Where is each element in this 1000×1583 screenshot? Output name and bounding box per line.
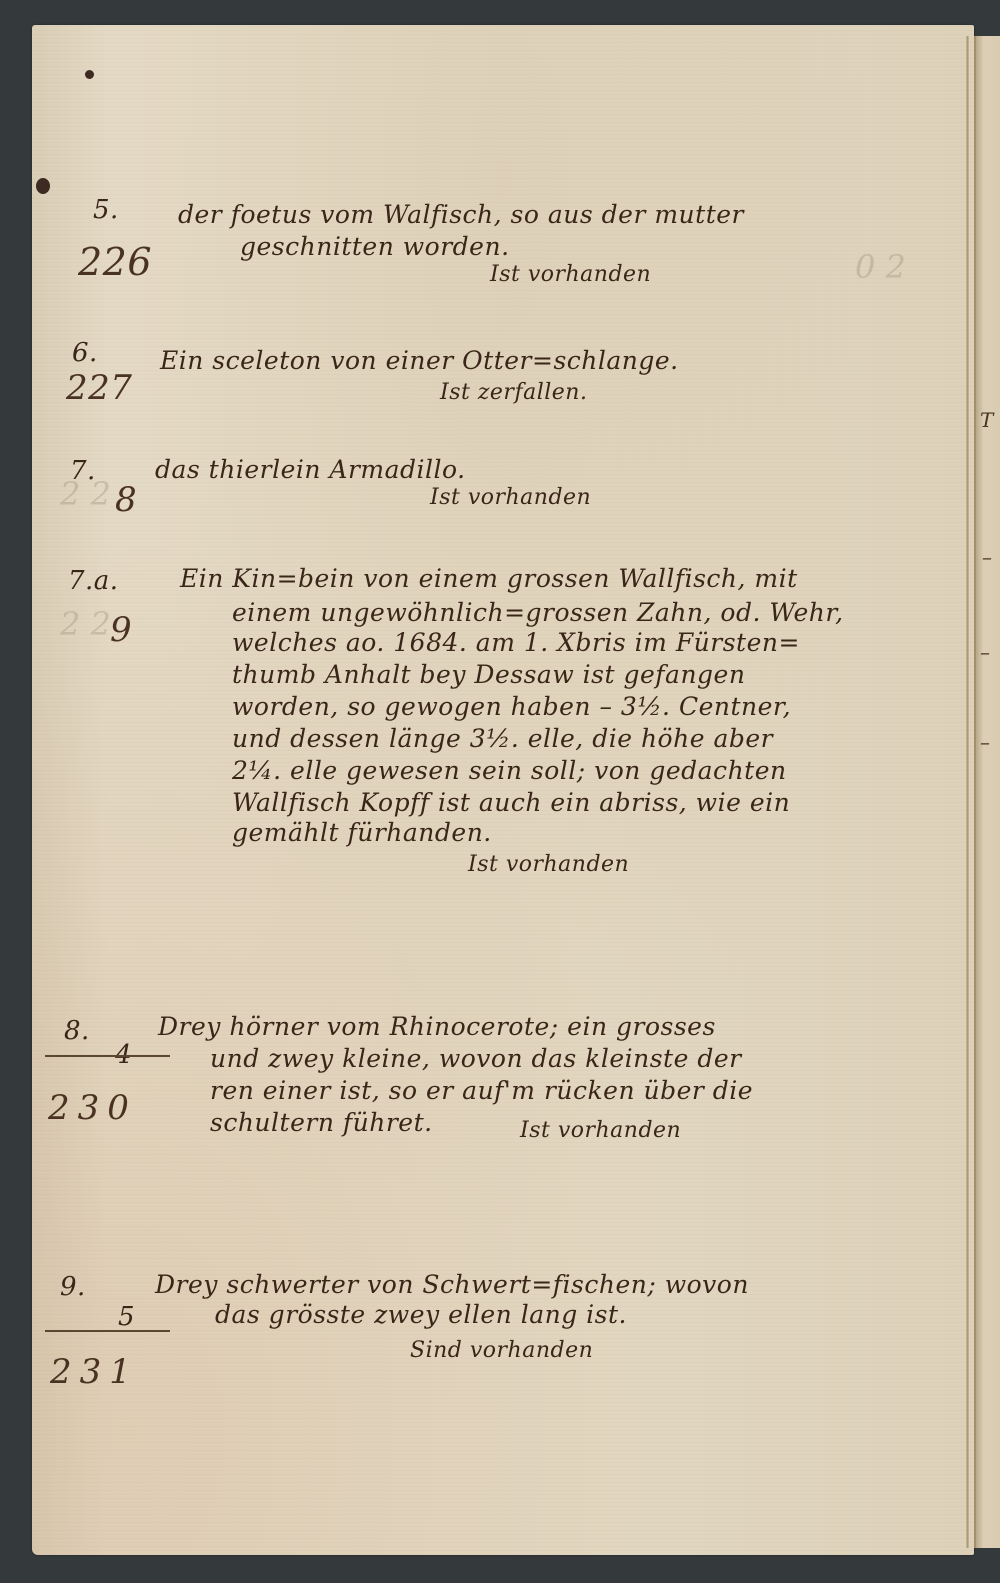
entry-line: das thierlein Armadillo. [155,455,466,484]
item-number: 8. [64,1016,90,1046]
status-note: Sind vorhanden [410,1338,593,1363]
adjacent-page-mark: T [980,408,993,432]
entry-line: der foetus vom Walfisch, so aus der mutt… [178,200,744,229]
struck-margin-number: 5 [118,1302,135,1332]
entry-line: Ein Kin=bein von einem grossen Wallfisch… [180,564,798,593]
strike-line [45,1055,170,1057]
entry-line: Ein sceleton von einer Otter=schlange. [160,346,679,375]
item-number: 5. [93,195,119,225]
margin-number: 9 [110,610,132,650]
status-note: Ist zerfallen. [440,380,587,405]
entry-line: 2¼. elle gewesen sein soll; von gedachte… [232,756,787,785]
margin-number: 231 [50,1352,139,1392]
margin-number: 226 [78,240,152,284]
item-number: 9. [60,1272,86,1302]
bleed-through-text: 2 2 [60,605,111,643]
entry-line: schultern führet. [210,1108,433,1137]
entry-line: Drey hörner vom Rhinocerote; ein grosses [158,1012,716,1041]
entry-line: das grösste zwey ellen lang ist. [215,1300,627,1329]
ink-blot [85,70,94,79]
status-note: Ist vorhanden [468,852,629,877]
item-number: 6. [72,338,98,368]
ink-blot [36,178,50,194]
adjacent-page-edge [974,36,1000,1548]
entry-line: geschnitten worden. [240,232,510,261]
entry-line: worden, so gewogen haben – 3½. Centner, [232,692,791,721]
entry-line: gemählt fürhanden. [232,818,492,847]
entry-line: Drey schwerter von Schwert=fischen; wovo… [155,1270,749,1299]
adjacent-page-mark: – [982,545,992,569]
entry-line: und dessen länge 3½. elle, die höhe aber [232,724,773,753]
page-fold-line [966,36,969,1548]
margin-number: 227 [66,368,132,408]
entry-line: thumb Anhalt bey Dessaw ist gefangen [232,660,745,689]
entry-line: einem ungewöhnlich=grossen Zahn, od. Weh… [232,598,844,627]
margin-number: 8 [115,480,137,520]
margin-number: 230 [48,1088,137,1128]
adjacent-page-mark: – [980,640,990,664]
status-note: Ist vorhanden [520,1118,681,1143]
entry-line: ren einer ist, so er auf'm rücken über d… [210,1076,753,1105]
item-number: 7. [70,456,96,486]
bleed-through-text: 0 2 [855,248,906,286]
adjacent-page-mark: – [980,730,990,754]
status-note: Ist vorhanden [430,485,591,510]
entry-line: welches ao. 1684. am 1. Xbris im Fürsten… [232,628,800,657]
strike-line [45,1330,170,1332]
entry-line: und zwey kleine, wovon das kleinste der [210,1044,742,1073]
item-number: 7.a. [68,566,119,596]
status-note: Ist vorhanden [490,262,651,287]
entry-line: Wallfisch Kopff ist auch ein abriss, wie… [232,788,790,817]
